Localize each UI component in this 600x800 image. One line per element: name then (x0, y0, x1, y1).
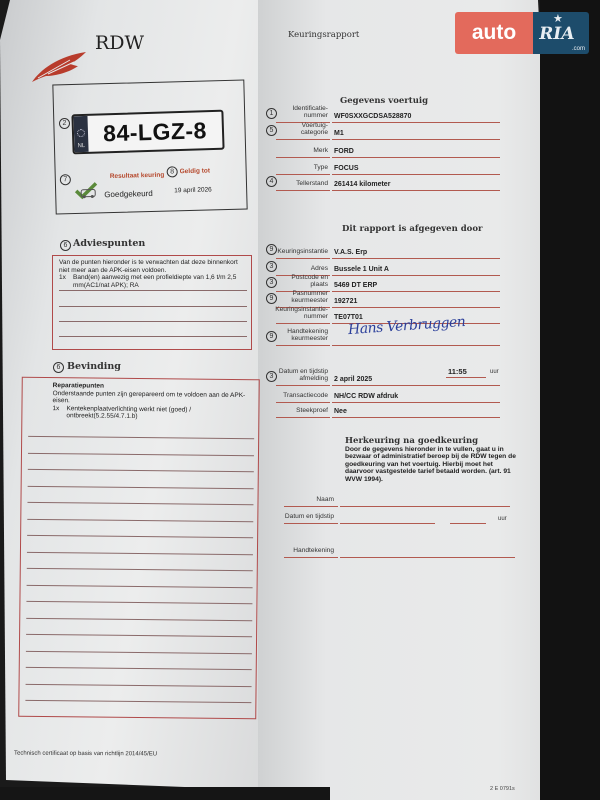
form-field: 4Tellerstand261414 kilometer (262, 172, 502, 190)
advies-box: Van de punten hieronder is te verwachten… (52, 255, 252, 350)
registration-time: 11:55 (448, 367, 467, 376)
field-label: Keuringsinstantie (262, 249, 328, 256)
field-value: TE07T01 (334, 314, 363, 321)
repair-item: 1x Kentekenplaatverlichting werkt niet (… (22, 404, 258, 421)
watermark-com: .com (572, 46, 585, 52)
marker-circle: 6 (53, 362, 64, 373)
field-label: Keuringsinstantie- nummer (262, 307, 328, 321)
advies-item-qty: 1x (59, 274, 73, 289)
valid-until-label: Geldig tot (180, 167, 211, 175)
approved-car-check-icon (74, 181, 100, 200)
rdw-logo-text: RDW (95, 32, 144, 54)
issuer-heading: Dit rapport is afgegeven door (342, 224, 482, 234)
field-label: Postcode en plaats (262, 275, 328, 289)
auto-ria-watermark: auto ★ RIA .com (455, 12, 589, 54)
form-field: 9KeuringsinstantieV.A.S. Erp (262, 240, 502, 258)
field-value: FORD (334, 148, 354, 155)
rdw-feather-logo-icon (30, 48, 88, 84)
field-value: 2 april 2025 (334, 376, 372, 383)
background-surface (540, 0, 600, 800)
field-label: Pasnummer keurmeester (262, 291, 328, 305)
field-value: Bussele 1 Unit A (334, 266, 389, 273)
watermark-ria: ★ RIA .com (533, 12, 589, 54)
time-underline (446, 377, 486, 378)
herkeuring-text: Door de gegevens hieronder in te vullen,… (345, 446, 517, 483)
signature-label: Handtekening (270, 548, 334, 555)
herkeuring-signature-field[interactable]: Handtekening (270, 539, 510, 557)
report-title: Keuringsrapport (288, 30, 359, 40)
field-value: 192721 (334, 298, 357, 305)
datetime-label: Datum en tijdstip (270, 514, 334, 521)
field-label: Datum en tijdstip afmelding (262, 369, 328, 383)
herkeuring-name-field[interactable]: Naam (270, 488, 510, 506)
marker-circle: 7 (60, 174, 71, 185)
advies-item-text: Band(en) aanwezig met een profieldiepte … (73, 274, 246, 289)
marker-circle: 6 (60, 240, 71, 251)
result-label: Resultaat keuring (110, 172, 165, 180)
watermark-ria-text: RIA (537, 24, 576, 44)
field-label: Adres (262, 266, 328, 273)
result-value: Goedgekeurd (104, 189, 153, 199)
advies-heading: Adviespunten (73, 238, 145, 249)
background-surface-bottom (0, 787, 330, 800)
field-value: Nee (334, 408, 347, 415)
field-label: Steekproef (262, 408, 328, 415)
name-label: Naam (270, 497, 334, 504)
field-value: FOCUS (334, 165, 359, 172)
marker-circle: 2 (59, 118, 70, 129)
form-serial: 2 E 0791s (490, 786, 515, 792)
plate-country: NL (77, 143, 85, 149)
repair-item-text: Kentekenplaatverlichting werkt niet (goe… (66, 405, 218, 422)
field-value: M1 (334, 130, 344, 137)
license-plate: NL 84-LGZ-8 (71, 110, 224, 155)
form-field: MerkFORD (262, 139, 502, 157)
bevinding-box: Reparatiepunten Onderstaande punten zijn… (18, 377, 260, 719)
bevinding-heading: Bevinding (67, 361, 121, 372)
registration-time-unit: uur (490, 369, 499, 375)
herkeuring-datetime-field[interactable]: Datum en tijdstip uur (270, 505, 510, 523)
eu-stars-icon (77, 129, 85, 137)
field-value: V.A.S. Erp (334, 249, 367, 256)
field-label: Tellerstand (262, 181, 328, 188)
field-label: Type (262, 165, 328, 172)
field-value: 261414 kilometer (334, 181, 390, 188)
eu-band: NL (73, 116, 88, 152)
herkeuring-heading: Herkeuring na goedkeuring (345, 436, 478, 446)
certificate-note: Technisch certificaat op basis van richt… (14, 751, 157, 758)
field-value: 5469 DT ERP (334, 282, 377, 289)
datetime-unit: uur (498, 516, 507, 522)
field-value: WF0SXXGCDSA528870 (334, 113, 411, 120)
watermark-auto: auto (455, 12, 533, 54)
field-label: Identificatie- nummer (262, 106, 328, 120)
repair-item-qty: 1x (52, 405, 66, 420)
form-field: SteekproefNee (262, 399, 502, 417)
inspection-result: 7 Resultaat keuring Goedgekeurd 8 Geldig… (60, 162, 241, 207)
field-label: Handtekening keurmeester (262, 329, 328, 343)
plate-number: 84-LGZ-8 (87, 112, 222, 152)
advies-item: 1x Band(en) aanwezig met een profieldiep… (53, 274, 251, 289)
marker-circle: 8 (167, 166, 178, 177)
valid-until-value: 19 april 2026 (174, 186, 212, 194)
field-label: Merk (262, 148, 328, 155)
advies-intro: Van de punten hieronder is te verwachten… (53, 256, 251, 274)
field-label: Voertuig- categorie (262, 123, 328, 137)
form-field: 5Voertuig- categorieM1 (262, 121, 502, 139)
form-field: 1Identificatie- nummerWF0SXXGCDSA528870 (262, 104, 502, 122)
